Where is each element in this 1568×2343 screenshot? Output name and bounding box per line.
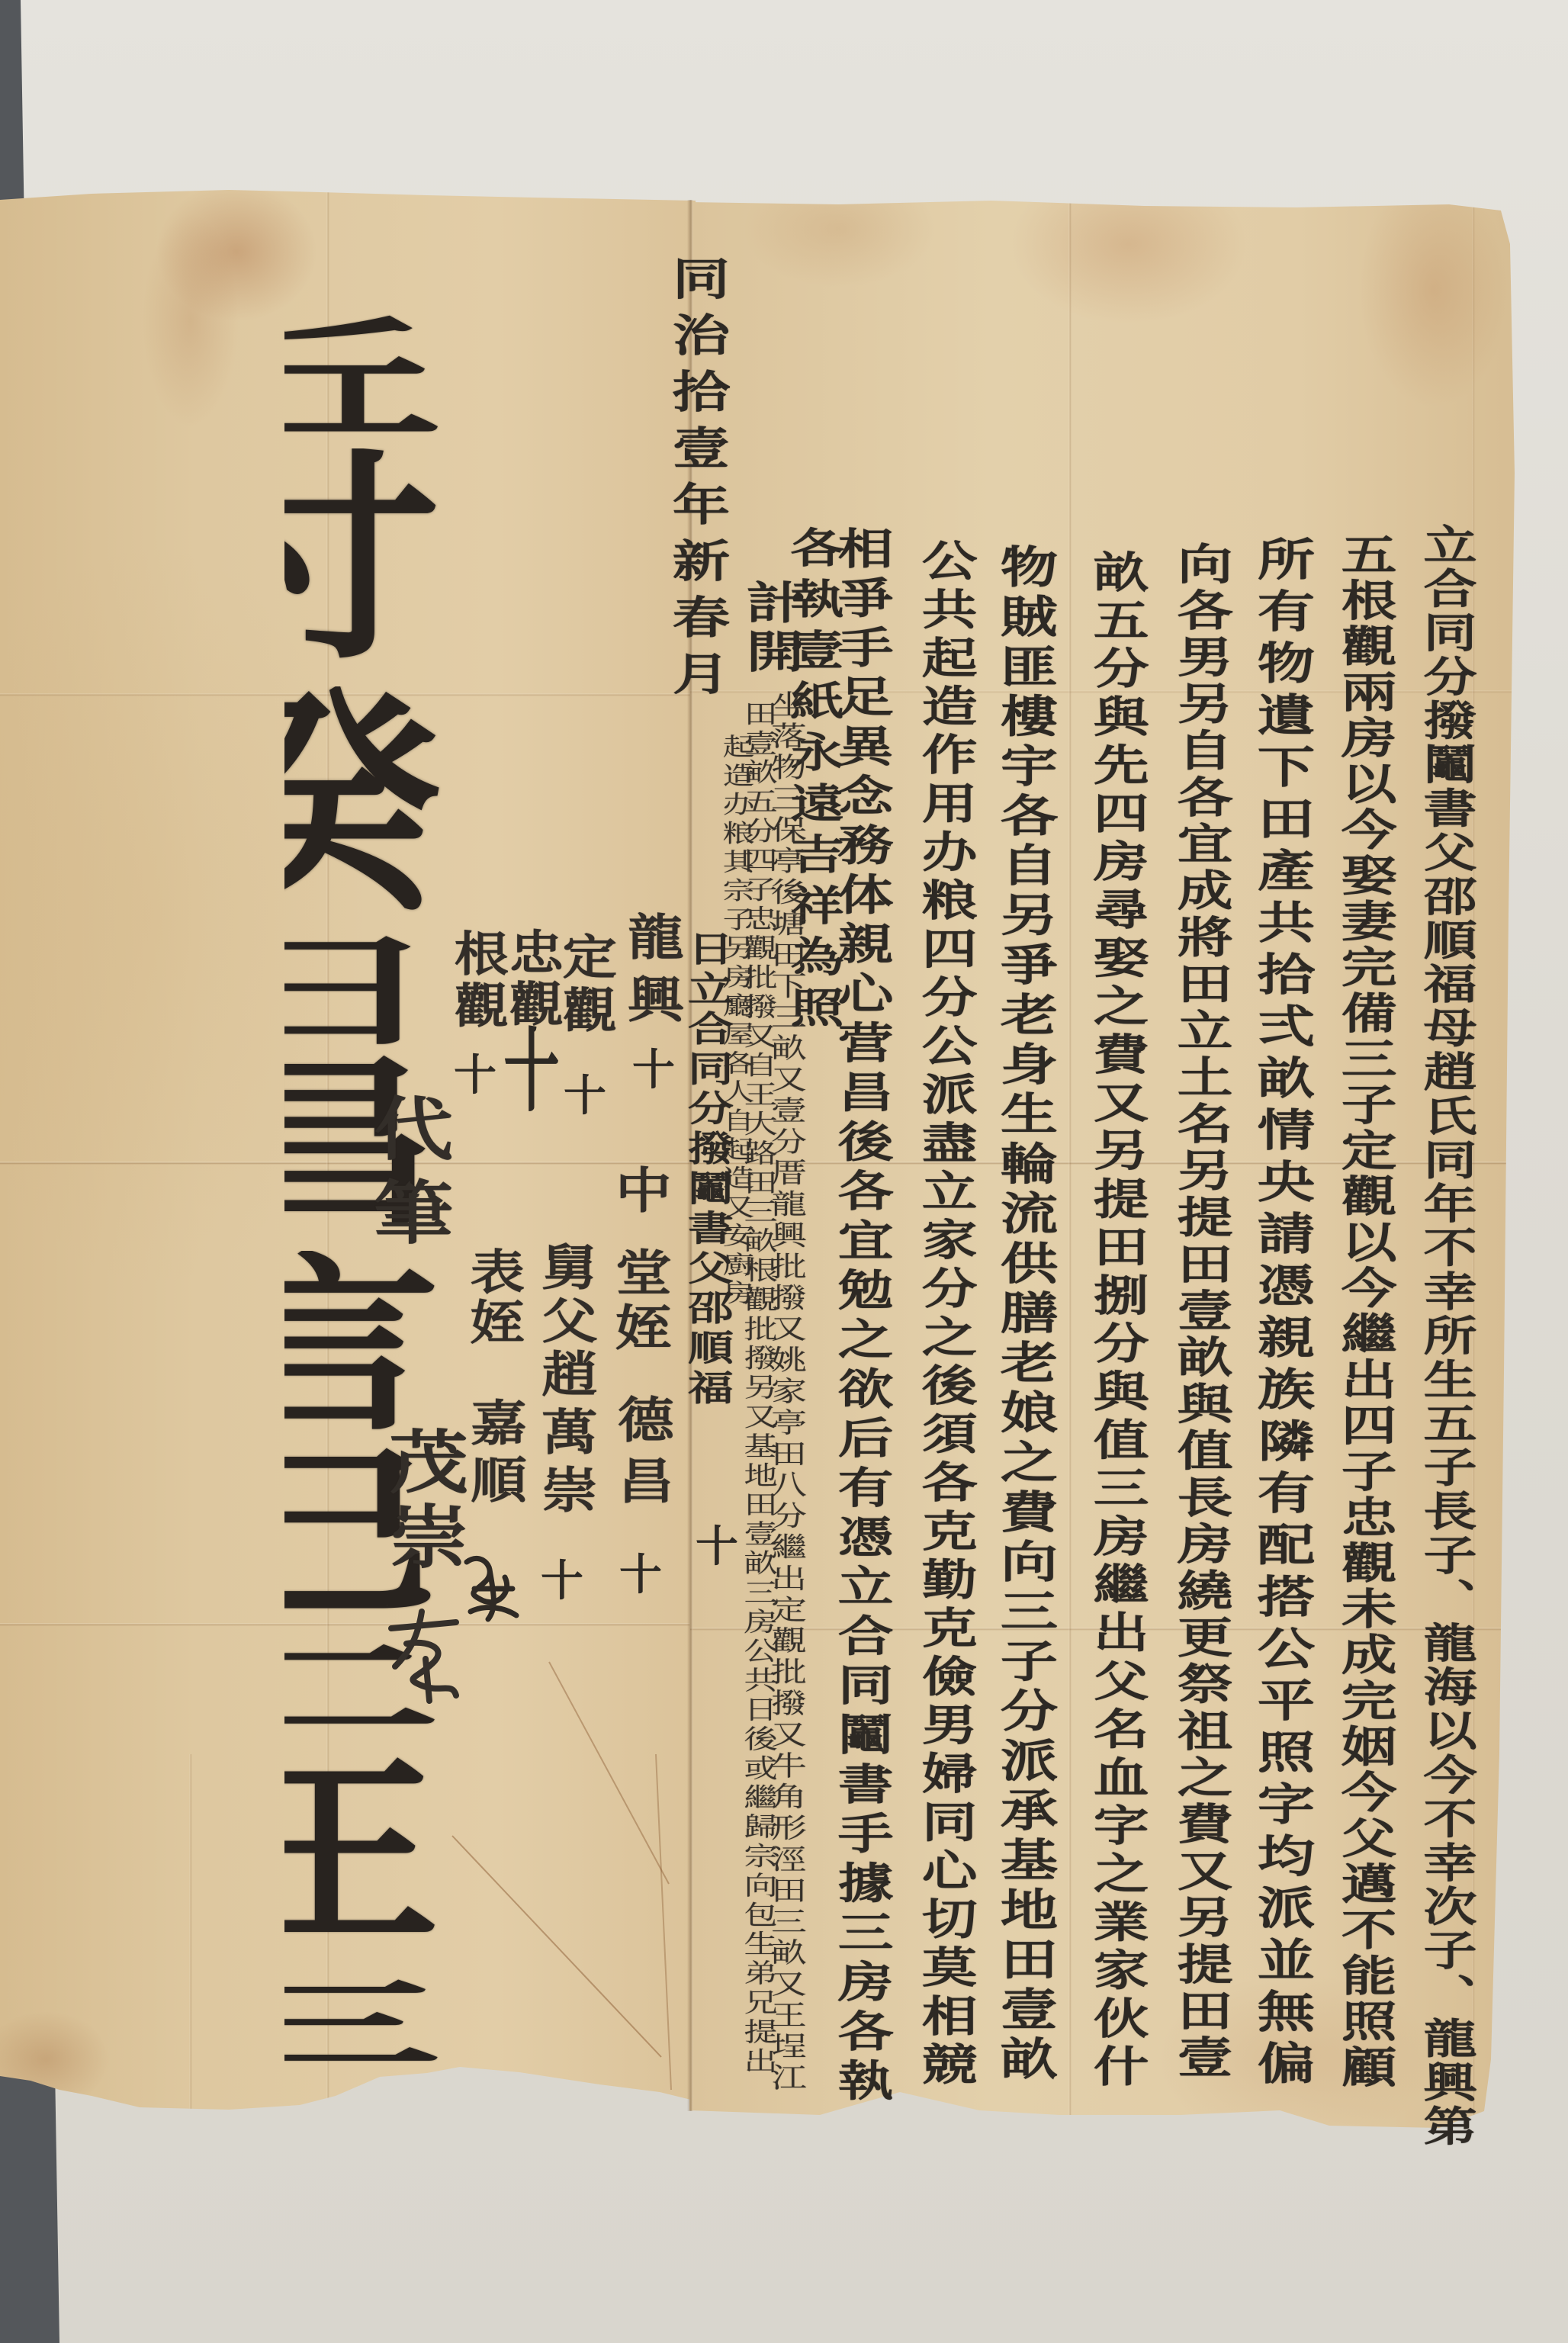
scribe-name-maochong: 茂崇 <box>382 1426 461 1576</box>
issuer-cross-mark: 十 <box>696 1525 738 1568</box>
witness-name-zhaowanchong: 趙萬崇 <box>536 1348 593 1522</box>
witness-relation: 舅父 <box>536 1242 593 1348</box>
seam-fragment: 癸 <box>284 686 475 923</box>
seam-fragment: 言 <box>284 1251 475 1441</box>
cross-mark: 十 <box>632 1049 675 1091</box>
seam-fragment: 丘 <box>284 314 475 448</box>
body-column-7: 公共起造作用办粮四分公派盡立家分之後須各克勤克儉男婦同心切莫相競 <box>918 538 974 2091</box>
body-column-2: 五根觀兩房以今娶妻完備三子定觀以今繼出四子忠觀未成完姻今父邁不能照顧 <box>1338 532 1393 2091</box>
scribe-label: 代筆 <box>367 1093 446 1261</box>
middleman-label: 中 <box>610 1165 667 1213</box>
witness-name-jiashun: 嘉順 <box>465 1397 522 1512</box>
son-name-dingguan: 定觀 <box>557 932 612 1039</box>
body-column-5: 畝五分與先四房尋娶之費又另提田捌分與值三房繼出父名血字之業家伙什 <box>1090 550 1145 2092</box>
cross-mark-large: 十 <box>503 1026 560 1117</box>
witness-relation: 堂姪 <box>610 1247 667 1357</box>
son-name-longxing: 龍興 <box>622 911 679 1037</box>
cross-mark: 十 <box>454 1054 496 1097</box>
seam-fragment: 三 <box>284 1975 475 2075</box>
son-name-zhongguan: 忠觀 <box>504 927 558 1031</box>
cross-mark: 十 <box>619 1554 662 1596</box>
cross-mark: 十 <box>541 1560 583 1602</box>
seam-fragment: 寸 <box>284 448 475 670</box>
seam-fragment: 王 <box>284 1754 475 1952</box>
body-column-6: 物賊匪樓宇各自另爭老身生輪流供膳老娘之費向三子分派承基地田壹畝 <box>995 544 1052 2085</box>
signature-scribble-icon <box>380 1605 468 1705</box>
body-column-4: 向各男另自各宜成將田立土名另提田壹畝與值長房繞更祭祖之費又另提田壹 <box>1174 542 1229 2082</box>
witness-relation: 表姪 <box>465 1247 519 1348</box>
inventory-heading: 計開 <box>741 580 798 677</box>
son-name-genguan: 根觀 <box>449 929 503 1033</box>
fold-line <box>1068 198 1072 2128</box>
body-column-3: 所有物遺下田產共拾弍畝情央請憑親族隣有配搭公平照字均派並無偏 <box>1252 536 1309 2092</box>
document-date: 同治拾壹年新春月 <box>667 256 725 707</box>
witness-name-dechang: 德昌 <box>612 1394 669 1516</box>
issuer-line: 日立合同分撥鬮書父邵順福 <box>685 930 731 1409</box>
body-column-1: 立合同分撥鬮書父邵順福母趙氏同年不幸所生五子長子、龍海以今不幸次子、龍興第 <box>1420 523 1473 2149</box>
cross-mark: 十 <box>564 1075 606 1117</box>
